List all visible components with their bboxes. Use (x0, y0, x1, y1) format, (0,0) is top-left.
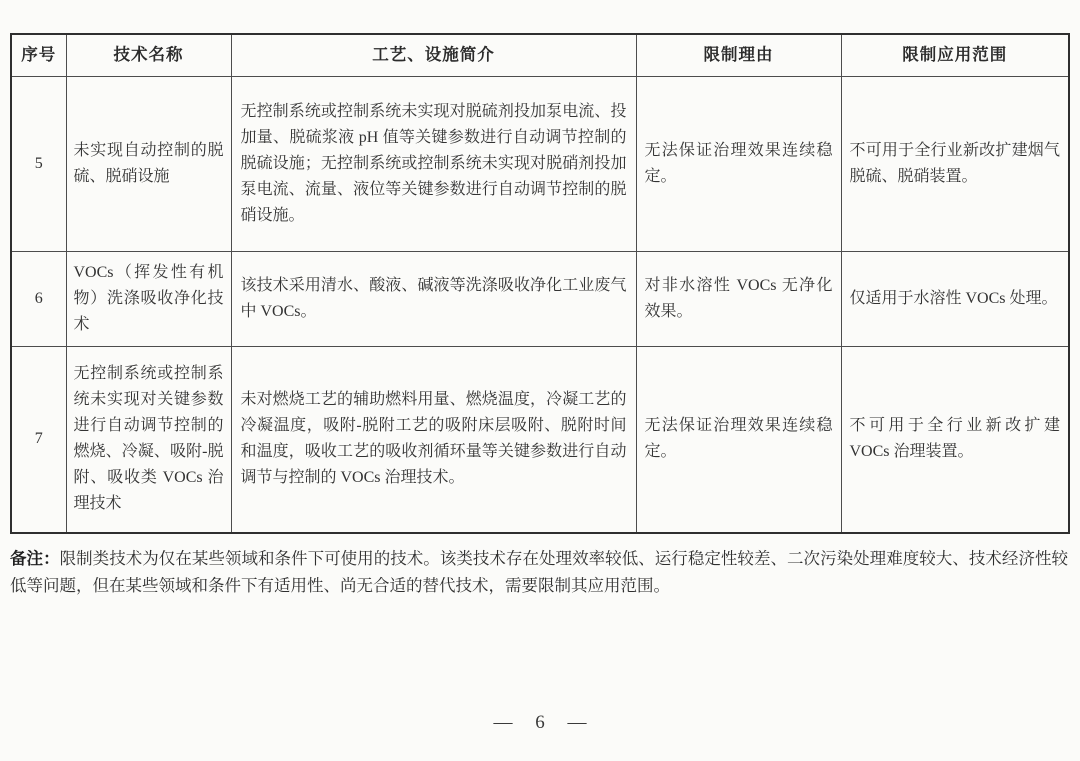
cell-index: 7 (11, 346, 66, 533)
col-header-index: 序号 (11, 34, 66, 76)
cell-scope: 不可用于全行业新改扩建 VOCs 治理装置。 (841, 346, 1069, 533)
cell-process: 无控制系统或控制系统未实现对脱硫剂投加泵电流、投加量、脱硫浆液 pH 值等关键参… (231, 76, 636, 251)
cell-name: 未实现自动控制的脱硫、脱硝设施 (66, 76, 231, 251)
table-header-row: 序号 技术名称 工艺、设施简介 限制理由 限制应用范围 (11, 34, 1069, 76)
cell-scope: 不可用于全行业新改扩建烟气脱硫、脱硝装置。 (841, 76, 1069, 251)
cell-name: VOCs（挥发性有机物）洗涤吸收净化技术 (66, 251, 231, 346)
document-page: 序号 技术名称 工艺、设施简介 限制理由 限制应用范围 5 未实现自动控制的脱硫… (0, 0, 1080, 761)
cell-reason: 对非水溶性 VOCs 无净化效果。 (636, 251, 841, 346)
footnote-label: 备注： (10, 549, 60, 568)
cell-reason: 无法保证治理效果连续稳定。 (636, 346, 841, 533)
cell-process: 该技术采用清水、酸液、碱液等洗涤吸收净化工业废气中 VOCs。 (231, 251, 636, 346)
cell-scope: 仅适用于水溶性 VOCs 处理。 (841, 251, 1069, 346)
col-header-name: 技术名称 (66, 34, 231, 76)
cell-reason: 无法保证治理效果连续稳定。 (636, 76, 841, 251)
col-header-reason: 限制理由 (636, 34, 841, 76)
footnote: 备注：限制类技术为仅在某些领域和条件下可使用的技术。该类技术存在处理效率较低、运… (10, 545, 1068, 599)
table-row: 6 VOCs（挥发性有机物）洗涤吸收净化技术 该技术采用清水、酸液、碱液等洗涤吸… (11, 251, 1069, 346)
cell-index: 6 (11, 251, 66, 346)
restricted-tech-table: 序号 技术名称 工艺、设施简介 限制理由 限制应用范围 5 未实现自动控制的脱硫… (10, 33, 1070, 534)
cell-name: 无控制系统或控制系统未实现对关键参数进行自动调节控制的燃烧、冷凝、吸附-脱附、吸… (66, 346, 231, 533)
col-header-process: 工艺、设施简介 (231, 34, 636, 76)
table-row: 7 无控制系统或控制系统未实现对关键参数进行自动调节控制的燃烧、冷凝、吸附-脱附… (11, 346, 1069, 533)
page-number: — 6 — (0, 712, 1080, 734)
footnote-text: 限制类技术为仅在某些领域和条件下可使用的技术。该类技术存在处理效率较低、运行稳定… (10, 549, 1068, 595)
table-row: 5 未实现自动控制的脱硫、脱硝设施 无控制系统或控制系统未实现对脱硫剂投加泵电流… (11, 76, 1069, 251)
col-header-scope: 限制应用范围 (841, 34, 1069, 76)
cell-index: 5 (11, 76, 66, 251)
cell-process: 未对燃烧工艺的辅助燃料用量、燃烧温度，冷凝工艺的冷凝温度，吸附-脱附工艺的吸附床… (231, 346, 636, 533)
